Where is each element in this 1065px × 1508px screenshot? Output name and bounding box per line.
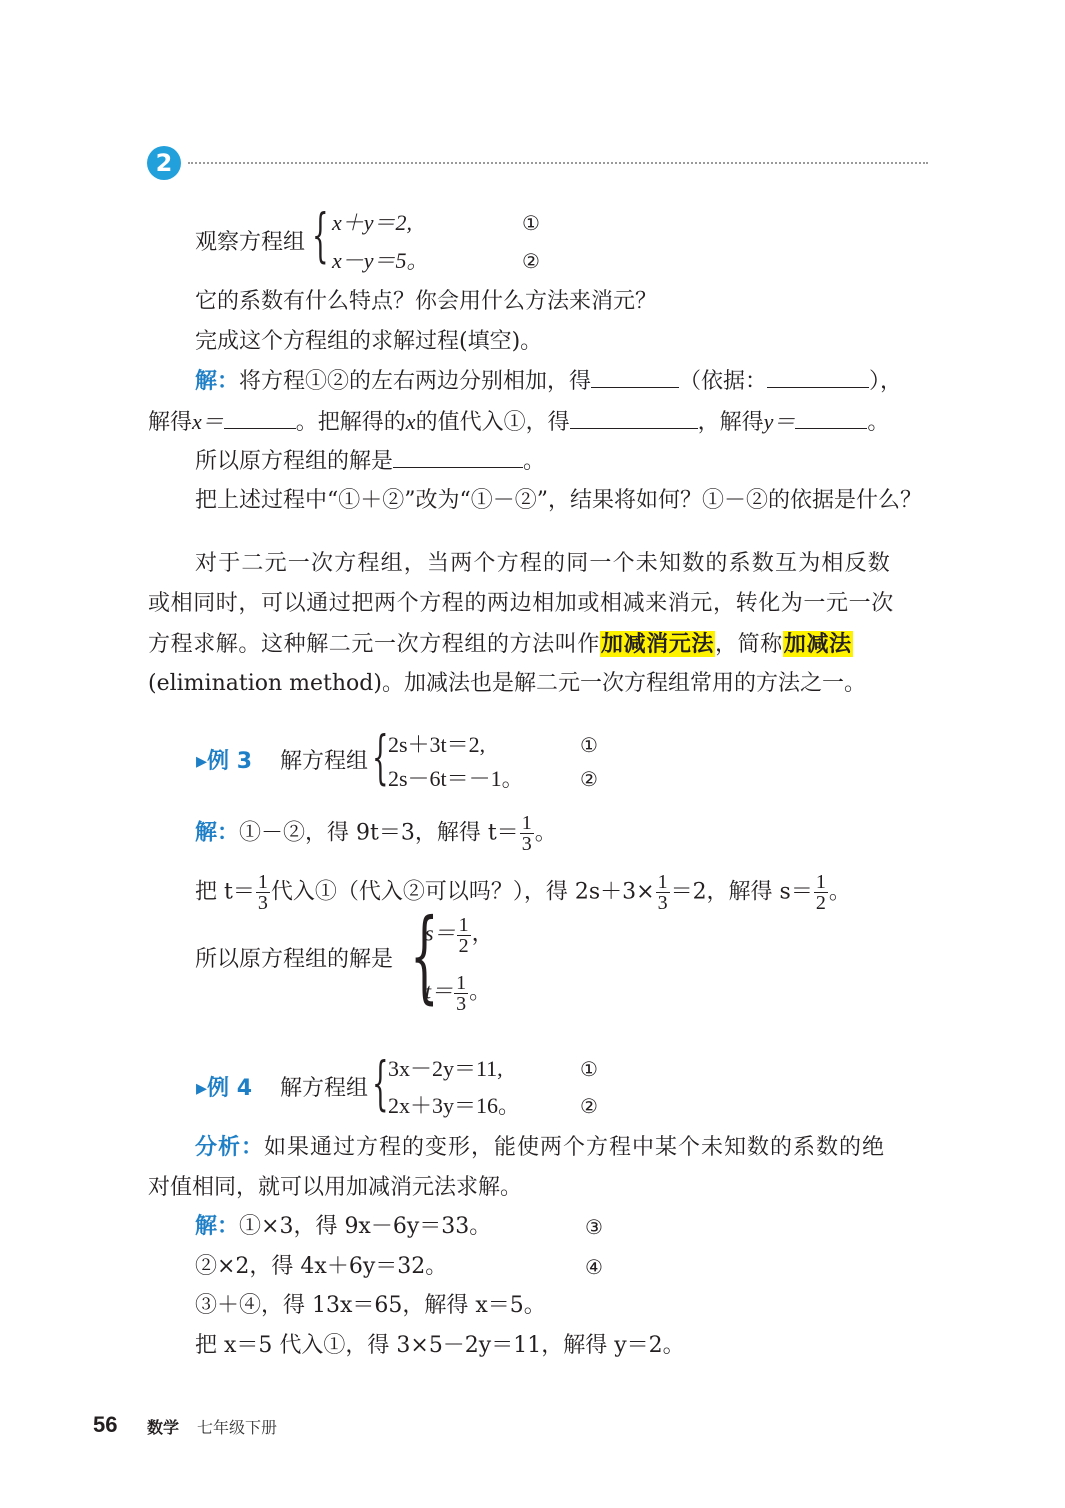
text: （依据：: [679, 369, 767, 394]
fill-solution-line-3: 所以原方程组的解是。: [195, 447, 545, 477]
example-3-eq1: 2s＋3t＝2,: [388, 730, 485, 760]
text: 方程求解。这种解二元一次方程组的方法叫作: [148, 632, 600, 657]
observe-prefix: 观察方程组: [195, 228, 305, 258]
example-4-step-3: ③＋④，得 13x＝65，解得 x＝5。: [195, 1291, 546, 1321]
text: 。: [523, 449, 545, 474]
eq-mark-4: ④: [585, 1252, 603, 1282]
text: ，解得: [698, 410, 764, 435]
example-3-step-1: 解：①－②，得 9t＝3，解得 t＝13。: [195, 813, 557, 854]
text: 的值代入①，得: [416, 410, 570, 435]
blank-field[interactable]: [224, 408, 296, 429]
page-number: 56: [93, 1412, 117, 1438]
denominator: 2: [814, 893, 828, 913]
example-4-eq1: 3x－2y＝11,: [388, 1054, 503, 1084]
section-number-badge: 2: [147, 146, 181, 180]
blank-field[interactable]: [591, 367, 679, 388]
text: ，: [472, 921, 494, 946]
question-1: 它的系数有什么特点？你会用什么方法来消元？: [195, 287, 657, 317]
text: 代入①（代入②可以吗？），得 2s＋3×: [271, 880, 655, 905]
example-3-step-2: 把 t＝13代入①（代入②可以吗？），得 2s＋3×13＝2，解得 s＝12。: [195, 872, 851, 913]
section-divider-dotted: [188, 162, 928, 164]
numerator: 1: [457, 915, 471, 936]
term-elimination-method: 加减消元法: [600, 631, 715, 657]
eq-mark-2: ②: [522, 246, 540, 276]
definition-line-1: 对于二元一次方程组，当两个方程的同一个未知数的系数互为相反数: [195, 549, 891, 579]
text: 。: [535, 821, 557, 846]
system-brace: {: [312, 206, 329, 264]
denominator: 3: [256, 893, 270, 913]
text: 解得: [148, 410, 192, 435]
text: 。: [829, 880, 851, 905]
observe-eq2: x－y＝5。: [332, 246, 429, 276]
text: 。把解得的: [296, 410, 406, 435]
fraction: 13: [256, 872, 270, 913]
example-4-eq2: 2x＋3y＝16。: [388, 1091, 520, 1121]
eq-mark-1: ①: [580, 730, 598, 760]
text: ①×3，得 9x－6y＝33。: [239, 1214, 491, 1239]
blank-field[interactable]: [393, 447, 523, 468]
fill-solution-line-2: 解得x＝。把解得的x的值代入①，得，解得y＝。: [148, 407, 889, 438]
definition-line-2: 或相同时，可以通过把两个方程的两边相加或相减来消元，转化为一元一次: [148, 589, 894, 619]
text: ），: [869, 369, 902, 394]
blank-field[interactable]: [570, 408, 698, 429]
text: 把 t＝: [195, 880, 255, 905]
question-2: 完成这个方程组的求解过程(填空)。: [195, 327, 542, 357]
fraction: 13: [656, 872, 670, 913]
eq-mark-2: ②: [580, 764, 598, 794]
var-x: x: [406, 409, 416, 434]
numerator: 1: [454, 973, 468, 994]
fill-solution-line-1: 解：将方程①②的左右两边分别相加，得（依据：），: [195, 367, 902, 397]
text: 。: [867, 410, 889, 435]
example-3-answer-t: t＝13。: [425, 973, 491, 1014]
definition-line-3: 方程求解。这种解二元一次方程组的方法叫作加减消元法，简称加减法: [148, 629, 853, 660]
subject-label: 数学: [147, 1415, 179, 1438]
text: 将方程①②的左右两边分别相加，得: [239, 369, 591, 394]
example-3-answer-s: s＝12，: [425, 915, 494, 956]
example-3-eq2: 2s－6t＝－1。: [388, 764, 524, 794]
numerator: 1: [520, 813, 534, 834]
eq-mark-1: ①: [580, 1054, 598, 1084]
text: ，简称: [715, 632, 783, 657]
numerator: 1: [656, 872, 670, 893]
fraction: 12: [457, 915, 471, 956]
denominator: 3: [520, 834, 534, 854]
analysis-label: 分析：: [195, 1135, 264, 1160]
system-brace: {: [372, 1054, 389, 1112]
fraction: 13: [520, 813, 534, 854]
example-4-step-1: 解：①×3，得 9x－6y＝33。: [195, 1212, 491, 1242]
solution-label: 解：: [195, 369, 239, 394]
eq-mark-2: ②: [580, 1091, 598, 1121]
text: 。: [469, 979, 491, 1004]
numerator: 1: [814, 872, 828, 893]
example-3-label: ▸例 3: [196, 747, 252, 777]
solution-label: 解：: [195, 1214, 239, 1239]
text: 如果通过方程的变形，能使两个方程中某个未知数的系数的绝: [264, 1135, 885, 1160]
text: s＝: [425, 921, 456, 946]
term-short-name: 加减法: [783, 631, 853, 657]
example-4-analysis-line-1: 分析：如果通过方程的变形，能使两个方程中某个未知数的系数的绝: [195, 1133, 885, 1163]
denominator: 2: [457, 936, 471, 956]
example-3-answer-prefix: 所以原方程组的解是: [195, 945, 393, 975]
book-label: 七年级下册: [197, 1415, 277, 1438]
text: t＝: [425, 979, 453, 1004]
text: ＝2，解得 s＝: [671, 880, 813, 905]
text: ①－②，得 9t＝3，解得 t＝: [239, 821, 519, 846]
text: y＝: [764, 409, 796, 434]
example-3-prompt: 解方程组: [280, 747, 368, 777]
text: x＝: [192, 409, 224, 434]
example-4-step-2: ②×2，得 4x＋6y＝32。: [195, 1252, 447, 1282]
solution-label: 解：: [195, 821, 239, 846]
denominator: 3: [656, 893, 670, 913]
example-4-label: ▸例 4: [196, 1074, 252, 1104]
fraction: 13: [454, 973, 468, 1014]
definition-line-4: (elimination method)。加减法也是解二元一次方程组常用的方法之…: [148, 669, 866, 699]
observe-eq1: x＋y＝2,: [332, 208, 412, 238]
eq-mark-1: ①: [522, 208, 540, 238]
example-4-prompt: 解方程组: [280, 1074, 368, 1104]
numerator: 1: [256, 872, 270, 893]
example-4-analysis-line-2: 对值相同，就可以用加减消元法求解。: [148, 1173, 522, 1203]
question-3: 把上述过程中“①＋②”改为“①－②”，结果将如何？①－②的依据是什么？: [195, 486, 922, 516]
text: 所以原方程组的解是: [195, 449, 393, 474]
system-brace: {: [372, 728, 389, 786]
denominator: 3: [454, 994, 468, 1014]
blank-field[interactable]: [795, 408, 867, 429]
blank-field[interactable]: [767, 367, 869, 388]
fraction: 12: [814, 872, 828, 913]
example-4-step-4: 把 x＝5 代入①，得 3×5－2y＝11，解得 y＝2。: [195, 1331, 685, 1361]
eq-mark-3: ③: [585, 1212, 603, 1242]
